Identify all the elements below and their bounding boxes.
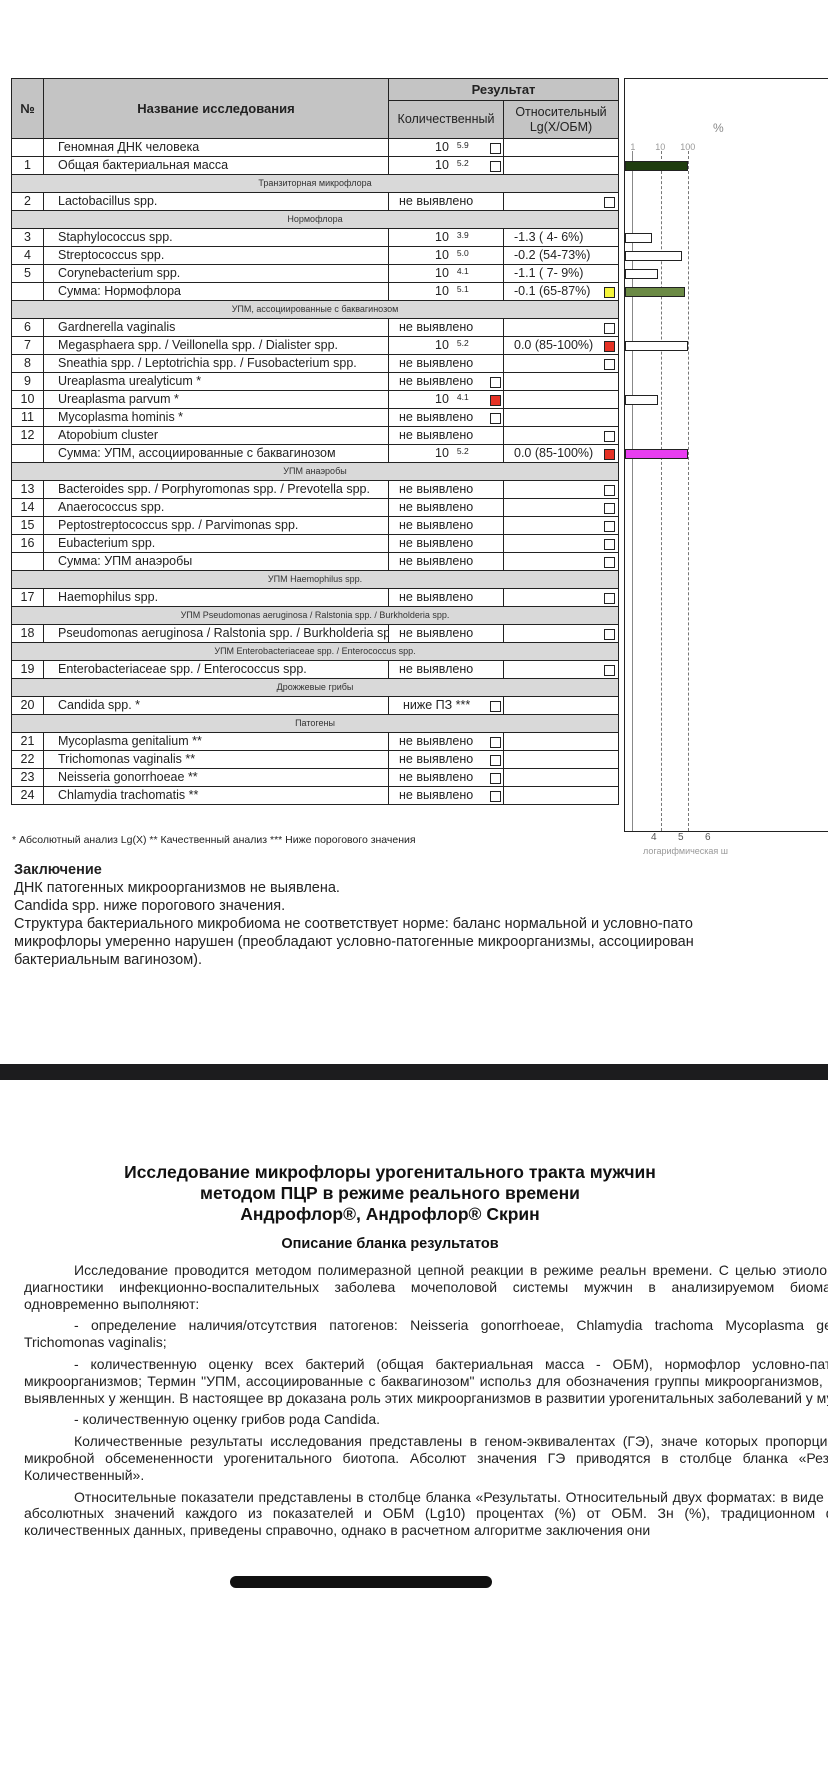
- table-footnote: * Абсолютный анализ Lg(X) ** Качественны…: [12, 834, 416, 846]
- table-row: 7Megasphaera spp. / Veillonella spp. / D…: [12, 337, 619, 355]
- row-number: 17: [12, 589, 44, 607]
- relative-result: [504, 733, 619, 751]
- test-name: Atopobium cluster: [44, 427, 389, 445]
- relative-result: [504, 787, 619, 805]
- table-row: 6Gardnerella vaginalisне выявлено: [12, 319, 619, 337]
- empty-status-marker-icon: [490, 377, 501, 388]
- header-num: №: [12, 79, 44, 139]
- table-row: 2Lactobacillus spp.не выявлено: [12, 193, 619, 211]
- section-header: УПМ Haemophilus spp.: [12, 571, 619, 589]
- table-row: 4Streptococcus spp.105.0-0.2 (54-73%): [12, 247, 619, 265]
- test-name: Streptococcus spp.: [44, 247, 389, 265]
- chart-bar: [625, 233, 652, 243]
- empty-status-marker-icon: [490, 143, 501, 154]
- table-row: 24Chlamydia trachomatis **не выявлено: [12, 787, 619, 805]
- table-row: 14Anaerococcus spp.не выявлено: [12, 499, 619, 517]
- empty-status-marker-icon: [490, 791, 501, 802]
- test-name: Сумма: УПМ анаэробы: [44, 553, 389, 571]
- relative-result: [504, 427, 619, 445]
- paragraph: Относительные показатели представлены в …: [24, 1489, 828, 1539]
- yellow-status-marker-icon: [604, 287, 615, 298]
- quantitative-result: ниже ПЗ ***: [389, 697, 504, 715]
- test-name: Mycoplasma hominis *: [44, 409, 389, 427]
- conclusion: Заключение ДНК патогенных микроорганизмо…: [14, 861, 828, 969]
- section-label: Дрожжевые грибы: [12, 679, 619, 697]
- table-row: 22Trichomonas vaginalis **не выявлено: [12, 751, 619, 769]
- test-name: Bacteroides spp. / Porphyromonas spp. / …: [44, 481, 389, 499]
- table-row: 17Haemophilus spp.не выявлено: [12, 589, 619, 607]
- section-label: УПМ Pseudomonas aeruginosa / Ralstonia s…: [12, 607, 619, 625]
- row-number: 8: [12, 355, 44, 373]
- row-number: 23: [12, 769, 44, 787]
- row-number: 22: [12, 751, 44, 769]
- empty-status-marker-icon: [604, 431, 615, 442]
- relative-result: [504, 625, 619, 643]
- test-name: Eubacterium spp.: [44, 535, 389, 553]
- red-status-marker-icon: [604, 341, 615, 352]
- relative-result: [504, 481, 619, 499]
- paragraph: Исследование проводится методом полимера…: [24, 1262, 828, 1312]
- relative-result: [504, 535, 619, 553]
- page-separator: [0, 1064, 828, 1080]
- relative-result: [504, 661, 619, 679]
- empty-status-marker-icon: [490, 701, 501, 712]
- quantitative-result: не выявлено: [389, 193, 504, 211]
- test-name: Anaerococcus spp.: [44, 499, 389, 517]
- log-tick-label: 4: [651, 832, 657, 843]
- section-label: Транзиторная микрофлора: [12, 175, 619, 193]
- table-row: 21Mycoplasma genitalium **не выявлено: [12, 733, 619, 751]
- quantitative-result: не выявлено: [389, 517, 504, 535]
- quantitative-result: не выявлено: [389, 409, 504, 427]
- relative-result: [504, 139, 619, 157]
- empty-status-marker-icon: [604, 539, 615, 550]
- test-name: Ureaplasma urealyticum *: [44, 373, 389, 391]
- table-row: Сумма: Нормофлора105.1-0.1 (65-87%): [12, 283, 619, 301]
- test-name: Gardnerella vaginalis: [44, 319, 389, 337]
- relative-result: [504, 319, 619, 337]
- header-name: Название исследования: [44, 79, 389, 139]
- empty-status-marker-icon: [604, 665, 615, 676]
- table-row: 11Mycoplasma hominis *не выявлено: [12, 409, 619, 427]
- test-name: Сумма: Нормофлора: [44, 283, 389, 301]
- test-name: Enterobacteriaceae spp. / Enterococcus s…: [44, 661, 389, 679]
- chart-bar: [625, 341, 688, 351]
- empty-status-marker-icon: [604, 557, 615, 568]
- quantitative-result: не выявлено: [389, 553, 504, 571]
- test-name: Trichomonas vaginalis **: [44, 751, 389, 769]
- row-number: 7: [12, 337, 44, 355]
- test-name: Геномная ДНК человека: [44, 139, 389, 157]
- empty-status-marker-icon: [604, 323, 615, 334]
- log-scale-chart: % 110100: [624, 78, 828, 832]
- conclusion-line: Структура бактериального микробиома не с…: [14, 915, 828, 933]
- empty-status-marker-icon: [604, 521, 615, 532]
- row-number: 11: [12, 409, 44, 427]
- table-row: 13Bacteroides spp. / Porphyromonas spp. …: [12, 481, 619, 499]
- row-number: [12, 283, 44, 301]
- relative-result: [504, 391, 619, 409]
- test-name: Candida spp. *: [44, 697, 389, 715]
- paragraph: - определение наличия/отсутствия патоген…: [24, 1317, 828, 1351]
- relative-result: [504, 499, 619, 517]
- table-row: 9Ureaplasma urealyticum *не выявлено: [12, 373, 619, 391]
- test-name: Общая бактериальная масса: [44, 157, 389, 175]
- empty-status-marker-icon: [604, 593, 615, 604]
- test-name: Corynebacterium spp.: [44, 265, 389, 283]
- row-number: 13: [12, 481, 44, 499]
- table-row: 3Staphylococcus spp.103.9-1.3 ( 4- 6%): [12, 229, 619, 247]
- description-subtitle: Описание бланка результатов: [0, 1236, 780, 1252]
- relative-result: -0.2 (54-73%): [504, 247, 619, 265]
- red-status-marker-icon: [490, 395, 501, 406]
- test-name: Pseudomonas aeruginosa / Ralstonia spp. …: [44, 625, 389, 643]
- section-label: Нормофлора: [12, 211, 619, 229]
- relative-result: [504, 697, 619, 715]
- conclusion-line: бактериальным вагинозом).: [14, 951, 828, 969]
- section-header: Транзиторная микрофлора: [12, 175, 619, 193]
- quantitative-result: не выявлено: [389, 319, 504, 337]
- quantitative-result: не выявлено: [389, 355, 504, 373]
- relative-result: -0.1 (65-87%): [504, 283, 619, 301]
- empty-status-marker-icon: [490, 737, 501, 748]
- conclusion-heading: Заключение: [14, 861, 828, 879]
- test-name: Mycoplasma genitalium **: [44, 733, 389, 751]
- log-tick-label: 6: [705, 832, 711, 843]
- results-table: № Название исследования Результат Количе…: [11, 78, 619, 805]
- row-number: [12, 553, 44, 571]
- header-quantitative: Количественный: [389, 101, 504, 139]
- relative-result: [504, 769, 619, 787]
- quantitative-result: не выявлено: [389, 751, 504, 769]
- log-tick-label: 5: [678, 832, 684, 843]
- results-page: № Название исследования Результат Количе…: [0, 0, 828, 1212]
- table-row: Сумма: УПМ, ассоциированные с баквагиноз…: [12, 445, 619, 463]
- quantitative-result: не выявлено: [389, 589, 504, 607]
- chart-bar: [625, 395, 658, 405]
- row-number: 4: [12, 247, 44, 265]
- section-label: УПМ Haemophilus spp.: [12, 571, 619, 589]
- table-row: 20Candida spp. *ниже ПЗ ***: [12, 697, 619, 715]
- quantitative-result: не выявлено: [389, 535, 504, 553]
- relative-result: [504, 157, 619, 175]
- row-number: 1: [12, 157, 44, 175]
- quantitative-result: 103.9: [389, 229, 504, 247]
- relative-result: 0.0 (85-100%): [504, 337, 619, 355]
- conclusion-line: Candida spp. ниже порогового значения.: [14, 897, 828, 915]
- table-row: 18Pseudomonas aeruginosa / Ralstonia spp…: [12, 625, 619, 643]
- relative-result: [504, 193, 619, 211]
- chart-bar: [625, 449, 688, 459]
- row-number: 14: [12, 499, 44, 517]
- section-label: УПМ анаэробы: [12, 463, 619, 481]
- chart-bar: [625, 161, 688, 171]
- row-number: 2: [12, 193, 44, 211]
- table-row: 23Neisseria gonorrhoeae **не выявлено: [12, 769, 619, 787]
- test-name: Sneathia spp. / Leptotrichia spp. / Fuso…: [44, 355, 389, 373]
- section-header: УПМ, ассоциированные с баквагинозом: [12, 301, 619, 319]
- section-header: Дрожжевые грибы: [12, 679, 619, 697]
- description-body: Исследование проводится методом полимера…: [24, 1262, 828, 1544]
- percent-tick-label: 1: [630, 142, 635, 152]
- test-name: Staphylococcus spp.: [44, 229, 389, 247]
- row-number: 24: [12, 787, 44, 805]
- relative-result: [504, 409, 619, 427]
- quantitative-result: не выявлено: [389, 661, 504, 679]
- quantitative-result: не выявлено: [389, 373, 504, 391]
- section-header: УПМ Enterobacteriaceae spp. / Enterococc…: [12, 643, 619, 661]
- empty-status-marker-icon: [604, 485, 615, 496]
- section-label: Патогены: [12, 715, 619, 733]
- empty-status-marker-icon: [490, 773, 501, 784]
- relative-result: [504, 355, 619, 373]
- chart-bar: [625, 287, 685, 297]
- section-header: Нормофлора: [12, 211, 619, 229]
- relative-result: [504, 517, 619, 535]
- row-number: 9: [12, 373, 44, 391]
- quantitative-result: не выявлено: [389, 769, 504, 787]
- empty-status-marker-icon: [604, 629, 615, 640]
- relative-result: -1.1 ( 7- 9%): [504, 265, 619, 283]
- redaction-bar: [230, 1576, 492, 1588]
- row-number: 21: [12, 733, 44, 751]
- table-row: 12Atopobium clusterне выявлено: [12, 427, 619, 445]
- row-number: 20: [12, 697, 44, 715]
- row-number: 18: [12, 625, 44, 643]
- section-header: УПМ анаэробы: [12, 463, 619, 481]
- conclusion-line: микрофлоры умеренно нарушен (преобладают…: [14, 933, 828, 951]
- section-label: УПМ Enterobacteriaceae spp. / Enterococc…: [12, 643, 619, 661]
- row-number: [12, 445, 44, 463]
- table-row: 1Общая бактериальная масса105.2: [12, 157, 619, 175]
- red-status-marker-icon: [604, 449, 615, 460]
- test-name: Lactobacillus spp.: [44, 193, 389, 211]
- quantitative-result: не выявлено: [389, 481, 504, 499]
- quantitative-result: 105.1: [389, 283, 504, 301]
- section-header: Патогены: [12, 715, 619, 733]
- description-title: Исследование микрофлоры урогенитального …: [0, 1162, 780, 1225]
- paragraph: - количественную оценку грибов рода Cand…: [24, 1411, 828, 1428]
- percent-unit-label: %: [713, 121, 724, 135]
- quantitative-result: 105.0: [389, 247, 504, 265]
- quantitative-result: не выявлено: [389, 625, 504, 643]
- quantitative-result: 105.2: [389, 337, 504, 355]
- empty-status-marker-icon: [604, 197, 615, 208]
- test-name: Chlamydia trachomatis **: [44, 787, 389, 805]
- row-number: 19: [12, 661, 44, 679]
- row-number: 5: [12, 265, 44, 283]
- row-number: 16: [12, 535, 44, 553]
- quantitative-result: не выявлено: [389, 499, 504, 517]
- row-number: 3: [12, 229, 44, 247]
- test-name: Сумма: УПМ, ассоциированные с баквагиноз…: [44, 445, 389, 463]
- test-name: Ureaplasma parvum *: [44, 391, 389, 409]
- conclusion-line: ДНК патогенных микроорганизмов не выявле…: [14, 879, 828, 897]
- paragraph: - количественную оценку всех бактерий (о…: [24, 1356, 828, 1406]
- quantitative-result: не выявлено: [389, 427, 504, 445]
- section-label: УПМ, ассоциированные с баквагинозом: [12, 301, 619, 319]
- table-row: 10Ureaplasma parvum *104.1: [12, 391, 619, 409]
- quantitative-result: не выявлено: [389, 787, 504, 805]
- test-name: Peptostreptococcus spp. / Parvimonas spp…: [44, 517, 389, 535]
- relative-result: -1.3 ( 4- 6%): [504, 229, 619, 247]
- paragraph: Количественные результаты исследования п…: [24, 1433, 828, 1483]
- relative-result: [504, 589, 619, 607]
- row-number: 15: [12, 517, 44, 535]
- quantitative-result: 105.9: [389, 139, 504, 157]
- relative-result: [504, 373, 619, 391]
- table-row: 8Sneathia spp. / Leptotrichia spp. / Fus…: [12, 355, 619, 373]
- table-row: 5Corynebacterium spp.104.1-1.1 ( 7- 9%): [12, 265, 619, 283]
- empty-status-marker-icon: [490, 755, 501, 766]
- relative-result: 0.0 (85-100%): [504, 445, 619, 463]
- quantitative-result: 104.1: [389, 265, 504, 283]
- row-number: 10: [12, 391, 44, 409]
- test-name: Megasphaera spp. / Veillonella spp. / Di…: [44, 337, 389, 355]
- quantitative-result: 105.2: [389, 445, 504, 463]
- chart-bar: [625, 251, 682, 261]
- results-body: Геномная ДНК человека105.91Общая бактери…: [12, 139, 619, 805]
- table-row: 16Eubacterium spp.не выявлено: [12, 535, 619, 553]
- empty-status-marker-icon: [604, 359, 615, 370]
- row-number: [12, 139, 44, 157]
- chart-bar: [625, 269, 658, 279]
- test-name: Neisseria gonorrhoeae **: [44, 769, 389, 787]
- empty-status-marker-icon: [490, 413, 501, 424]
- header-result: Результат: [389, 79, 619, 101]
- gridline: [688, 151, 689, 831]
- table-row: 15Peptostreptococcus spp. / Parvimonas s…: [12, 517, 619, 535]
- quantitative-result: не выявлено: [389, 733, 504, 751]
- empty-status-marker-icon: [604, 503, 615, 514]
- row-number: 6: [12, 319, 44, 337]
- row-number: 12: [12, 427, 44, 445]
- table-row: 19Enterobacteriaceae spp. / Enterococcus…: [12, 661, 619, 679]
- test-name: Haemophilus spp.: [44, 589, 389, 607]
- relative-result: [504, 751, 619, 769]
- quantitative-result: 105.2: [389, 157, 504, 175]
- empty-status-marker-icon: [490, 161, 501, 172]
- relative-result: [504, 553, 619, 571]
- header-relative: ОтносительныйLg(X/ОБМ): [504, 101, 619, 139]
- table-row: Геномная ДНК человека105.9: [12, 139, 619, 157]
- table-row: Сумма: УПМ анаэробыне выявлено: [12, 553, 619, 571]
- quantitative-result: 104.1: [389, 391, 504, 409]
- chart-bottom-label: логарифмическая ш: [643, 846, 728, 856]
- section-header: УПМ Pseudomonas aeruginosa / Ralstonia s…: [12, 607, 619, 625]
